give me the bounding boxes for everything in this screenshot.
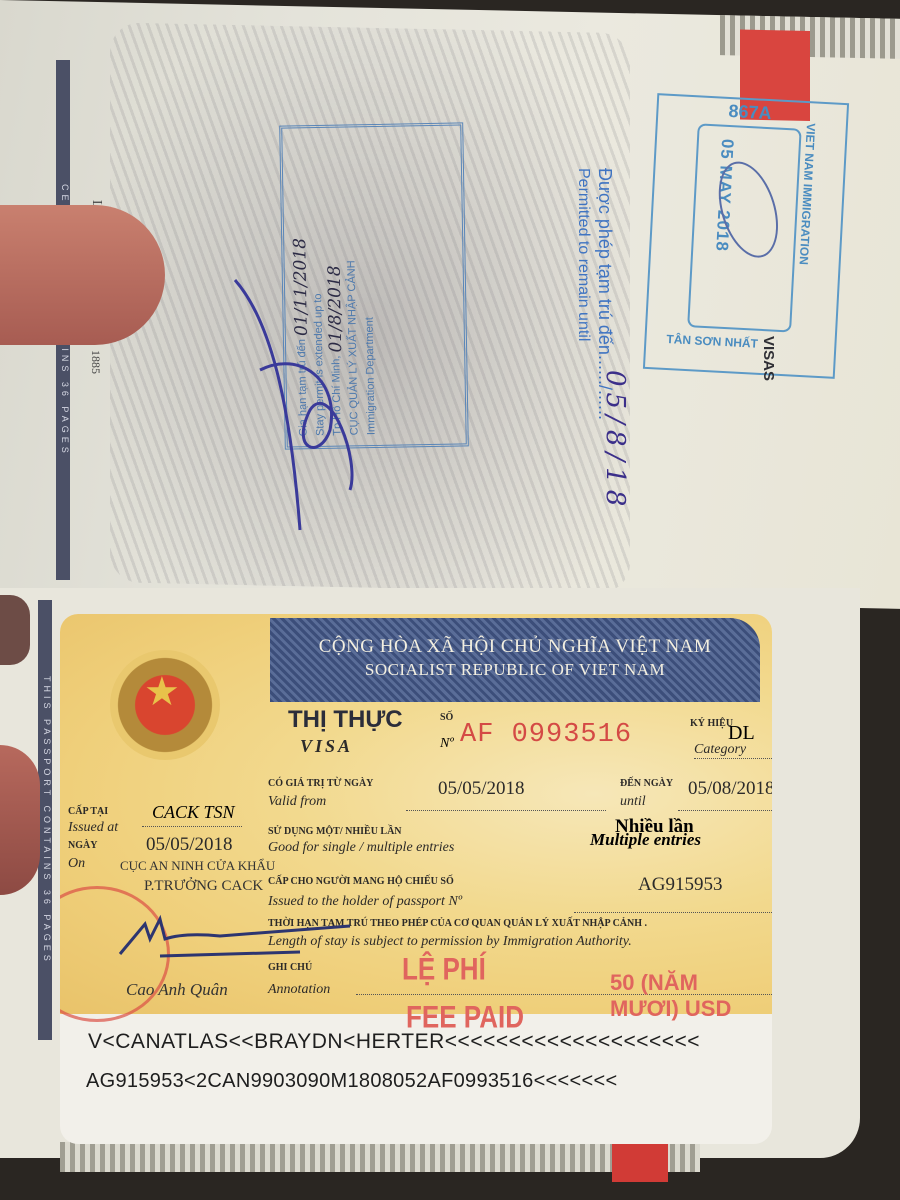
entries-value-en: Multiple entries	[590, 830, 701, 850]
header-vn: CỘNG HÒA XÃ HỘI CHỦ NGHĨA VIỆT NAM	[270, 636, 760, 658]
vietnam-visa-sticker: CỘNG HÒA XÃ HỘI CHỦ NGHĨA VIỆT NAM SOCIA…	[60, 614, 772, 1144]
header-en: SOCIALIST REPUBLIC OF VIET NAM	[270, 660, 760, 680]
issuing-office: CỤC AN NINH CỬA KHẨU	[120, 858, 275, 874]
entries-label-en: Good for single / multiple entries	[268, 840, 454, 856]
page-number: 1885	[88, 350, 103, 374]
visa-title-vn: THỊ THỰC	[288, 706, 403, 734]
category-label-vn: KÝ HIỆU	[690, 718, 733, 729]
finger	[0, 205, 165, 345]
annotation-label-en: Annotation	[268, 982, 330, 998]
national-emblem-icon: ★	[110, 650, 220, 760]
permit-label-en: Permitted to remain until	[574, 168, 592, 341]
mrz-line-2: AG915953<2CAN9903090M1808052AF0993516<<<…	[86, 1070, 617, 1093]
dotted-line	[678, 810, 772, 811]
issuing-department: P.TRƯỞNG CACK	[144, 878, 263, 895]
mrz-line-1: V<CANATLAS<<BRAYDN<HERTER<<<<<<<<<<<<<<<…	[88, 1030, 700, 1054]
valid-from-label-en: Valid from	[268, 794, 326, 810]
category-label-en: Category	[694, 742, 772, 759]
dotted-line	[406, 810, 606, 811]
signer-name: Cao Anh Quân	[126, 980, 228, 1000]
visa-header-banner: CỘNG HÒA XÃ HỘI CHỦ NGHĨA VIỆT NAM SOCIA…	[270, 618, 760, 702]
handwritten-signature-upper	[230, 260, 380, 540]
permit-until-date: 05/8/18	[600, 370, 630, 512]
issued-at-label-en: Issued at	[68, 820, 118, 836]
valid-from-label-vn: CÓ GIÁ TRỊ TỪ NGÀY	[268, 778, 373, 789]
official-signature	[100, 904, 360, 964]
entry-stamp: 867A 05 MAY 2018 VIET NAM IMMIGRATION TÂ…	[643, 93, 849, 379]
number-label-en: Nº	[440, 736, 454, 752]
fee-stamp-vn: LỆ PHÍ	[402, 951, 486, 988]
issued-on-date: 05/05/2018	[146, 834, 233, 856]
security-stripes-bottom	[60, 1142, 700, 1172]
fee-amount: 50 (NĂM MƯƠI) USD	[610, 970, 772, 1022]
entry-port: TÂN SƠN NHẤT	[666, 332, 758, 351]
valid-from-date: 05/05/2018	[438, 778, 525, 800]
entry-stamp-code: 867A	[728, 101, 772, 124]
passport-number: AG915953	[638, 874, 722, 896]
dotted-line	[142, 826, 242, 827]
visa-title-en: VISA	[300, 736, 353, 757]
visa-number: AF 0993516	[460, 720, 632, 750]
dotted-line	[574, 912, 772, 913]
number-label-vn: SỐ	[440, 712, 453, 723]
visas-label: VISAS	[760, 336, 777, 381]
entries-label-vn: SỬ DỤNG MỘT/ NHIỀU LẦN	[268, 826, 402, 837]
valid-until-label-en: until	[620, 794, 646, 810]
maple-leaf-icon	[612, 1142, 668, 1182]
issued-on-label-vn: NGÀY	[68, 840, 97, 851]
issued-at-label-vn: CẤP TẠI	[68, 806, 108, 817]
valid-until-label-vn: ĐẾN NGÀY	[620, 778, 673, 789]
holder-label-vn: CẤP CHO NGƯỜI MANG HỘ CHIẾU SỐ	[268, 876, 454, 887]
issued-at: CACK TSN	[152, 802, 235, 823]
issued-on-label-en: On	[68, 856, 85, 872]
finger	[0, 745, 40, 895]
finger	[0, 595, 30, 665]
passport-spine-text-bottom: THIS PASSPORT CONTAINS 36 PAGES	[38, 600, 52, 1040]
valid-until-date: 05/08/2018	[688, 778, 772, 800]
